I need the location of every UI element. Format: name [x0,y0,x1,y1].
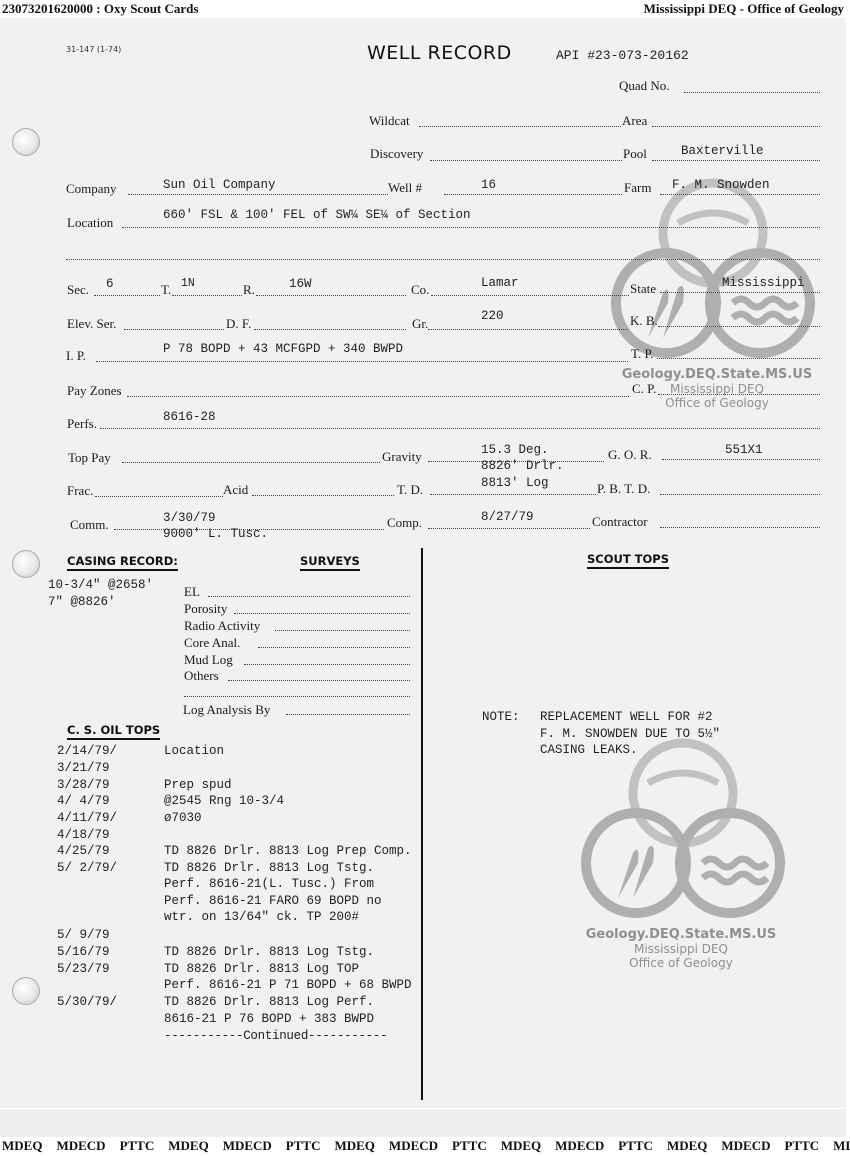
pbtd-field [660,494,820,495]
township-label: T. [161,282,171,298]
oil-top-date: 5/30/79/ [57,995,117,1009]
well-no-label: Well # [388,180,422,196]
footer-pttc: PTTC [785,1138,820,1153]
ip-field [96,361,628,362]
oil-top-text: Perf. 8616-21(L. Tusc.) From [164,877,374,891]
footer-mdeq: MDEQ [667,1138,707,1153]
watermark-text: Geology.DEQ.State.MS.US Mississippi DEQ … [576,927,786,970]
note-line: F. M. SNOWDEN DUE TO 5½" [540,727,720,741]
comp-label: Comp. [387,515,422,531]
api-number: API #23-073-20162 [556,48,689,63]
wildcat-label: Wildcat [369,113,410,129]
pool-label: Pool [623,146,647,162]
survey-others-label: Others [184,668,219,684]
survey-core-anal-label: Core Anal. [184,635,240,651]
watermark-url: Geology.DEQ.State.MS.US [612,367,822,382]
footer-mdecd: MDECD [555,1138,604,1153]
top-pay-label: Top Pay [68,450,111,466]
comp-value: 8/27/79 [481,510,534,524]
oil-top-date: 5/16/79 [57,945,110,959]
survey-mud-log-field [244,664,410,665]
oil-top-date: 5/ 9/79 [57,928,110,942]
sec-label: Sec. [67,282,89,298]
record-id-title: 23073201620000 : Oxy Scout Cards [2,1,198,17]
oil-top-date: 2/14/79/ [57,744,117,758]
surveys-heading: SURVEYS [300,554,360,571]
discovery-label: Discovery [370,146,423,162]
oil-top-text: TD 8826 Drlr. 8813 Log Perf. [164,995,374,1009]
oil-top-text: wtr. on 13/64" ck. TP 200# [164,910,359,924]
acid-field [252,495,394,496]
casing-line: 7" @8826' [48,595,116,609]
survey-radio-activity-field [275,630,410,631]
footer-mdecd: MDECD [223,1138,272,1153]
punch-hole-icon [12,550,40,578]
footer-pttc: PTTC [120,1138,155,1153]
oil-top-date: 3/28/79 [57,778,110,792]
survey-others-field [228,680,410,681]
footer-mdeq: MDEQ [168,1138,208,1153]
survey-porosity-field [234,613,410,614]
footer-pttc: PTTC [618,1138,653,1153]
survey-el-field [208,596,410,597]
survey-log-analysis-field [286,714,410,715]
footer-mdecd: MDECD [721,1138,770,1153]
td-value-drlr: 8826' Drlr. [481,459,564,473]
township-value: 1N [181,277,195,290]
oil-top-text: TD 8826 Drlr. 8813 Log Prep Comp. [164,844,412,858]
gor-field [662,459,820,460]
note-label: NOTE: [482,710,520,724]
pay-zones-field [127,396,629,397]
location-label: Location [67,215,113,231]
column-divider [421,548,423,1100]
company-field [128,194,388,195]
oil-top-text: TD 8826 Drlr. 8813 Log TOP [164,962,359,976]
oil-top-text: TD 8826 Drlr. 8813 Log Tstg. [164,945,374,959]
survey-porosity-label: Porosity [184,601,227,617]
oil-top-text: Perf. 8616-21 FARO 69 BOPD no [164,894,382,908]
gravity-value: 15.3 Deg. [481,443,549,457]
footer-mdecd: MDECD [389,1138,438,1153]
oil-top-text: Perf. 8616-21 P 71 BOPD + 68 BWPD [164,978,412,992]
td-value-log: 8813' Log [481,476,549,490]
pbtd-label: P. B. T. D. [597,481,650,497]
ip-value: P 78 BOPD + 43 MCFGPD + 340 BWPD [163,342,403,356]
oil-top-date: 4/ 4/79 [57,794,110,808]
df-field [254,329,406,330]
punch-hole-icon [12,977,40,1005]
area-label: Area [622,113,647,129]
watermark-agency: Mississippi DEQ [576,942,786,956]
comp-field [428,528,590,529]
oil-top-date: 3/21/79 [57,761,110,775]
range-label: R. [243,282,255,298]
oil-top-date: 4/18/79 [57,828,110,842]
sec-field [94,295,160,296]
contractor-label: Contractor [592,514,648,530]
footer-mdeq: MDEQ [833,1138,850,1153]
county-value: Lamar [481,276,519,290]
state-label: State [630,281,656,297]
frac-field [95,496,223,497]
survey-blank-field [184,696,410,697]
watermark-url: Geology.DEQ.State.MS.US [576,927,786,942]
note-line: REPLACEMENT WELL FOR #2 [540,710,713,724]
gr-value: 220 [481,309,504,323]
acid-label: Acid [223,482,248,498]
comm-date: 3/30/79 [163,511,216,525]
gravity-label: Gravity [382,449,422,465]
location-value: 660' FSL & 100' FEL of SW¼ SE¼ of Sectio… [163,208,471,222]
footer-pttc: PTTC [452,1138,487,1153]
company-value: Sun Oil Company [163,178,276,192]
oil-top-text: @2545 Rng 10-3/4 [164,794,284,808]
oil-top-date: 5/23/79 [57,962,110,976]
farm-value: F. M. Snowden [672,178,770,192]
oil-top-text: ø7030 [164,811,202,825]
quad-no-label: Quad No. [619,78,670,94]
pool-value: Baxterville [681,144,764,158]
page-header: 23073201620000 : Oxy Scout Cards Mississ… [0,0,850,18]
survey-radio-activity-label: Radio Activity [184,618,260,634]
company-label: Company [66,181,117,197]
township-field [172,295,242,296]
county-field [431,295,629,296]
pay-zones-label: Pay Zones [67,383,122,399]
area-field [652,126,820,127]
perfs-field [100,428,820,429]
footer-mdeq: MDEQ [2,1138,42,1153]
gor-value: 551X1 [725,443,763,457]
sec-value: 6 [106,277,114,291]
mdeq-logo-watermark-icon [578,738,788,928]
source-agency: Mississippi DEQ - Office of Geology [644,1,844,17]
gor-label: G. O. R. [608,447,652,463]
wildcat-field [419,126,621,127]
td-label: T. D. [397,482,423,498]
ip-label: I. P. [66,348,86,364]
range-field [256,295,406,296]
gr-field [428,329,628,330]
perfs-label: Perfs. [67,416,97,432]
top-pay-field [122,462,380,463]
watermark-office: Office of Geology [576,956,786,970]
comm-field [114,529,384,530]
elev-ser-label: Elev. Ser. [67,316,116,332]
mdeq-logo-watermark-icon [608,178,818,368]
document-title: WELL RECORD [367,42,512,64]
pool-field [652,160,820,161]
page-footer: MDEQMDECDPTTCMDEQMDECDPTTCMDEQMDECDPTTCM… [0,1138,850,1156]
tp-label: T. P. [631,346,654,362]
quad-no-field [684,92,820,93]
discovery-field [430,160,622,161]
cp-label: C. P. [632,381,656,397]
scout-tops-heading: SCOUT TOPS [587,552,669,569]
footer-pttc: PTTC [286,1138,321,1153]
punch-hole-icon [12,128,40,156]
note-line: CASING LEAKS. [540,743,638,757]
cp-field [658,394,820,395]
frac-label: Frac. [67,483,93,499]
form-number: 31-147 (1-74) [66,45,121,54]
state-value: Mississippi [722,276,805,290]
contractor-field [660,527,820,528]
perfs-value: 8616-28 [163,410,216,424]
state-field [660,292,820,293]
farm-label: Farm [624,180,651,196]
oil-top-text: 8616-21 P 76 BOPD + 383 BWPD [164,1012,374,1026]
range-value: 16W [289,277,312,291]
oil-top-text: Location [164,744,224,758]
footer-mdeq: MDEQ [501,1138,541,1153]
kb-field [658,326,820,327]
casing-record-heading: CASING RECORD: [67,554,178,571]
footer-mdeq: MDEQ [334,1138,374,1153]
well-no-value: 16 [481,178,496,192]
df-label: D. F. [226,316,251,332]
tp-field [657,358,820,359]
well-no-field [444,194,622,195]
gr-label: Gr. [412,316,428,332]
survey-core-anal-field [258,647,410,648]
footer-mdecd: MDECD [56,1138,105,1153]
oil-top-text: TD 8826 Drlr. 8813 Log Tstg. [164,861,374,875]
survey-el-label: EL [184,584,200,600]
card-bottom-strip [0,1108,846,1137]
kb-label: K. B. [630,313,658,329]
oil-top-date: 4/11/79/ [57,811,117,825]
casing-line: 10-3/4" @2658' [48,578,153,592]
location-field-line2 [66,259,820,260]
survey-mud-log-label: Mud Log [184,652,233,668]
oil-top-text: Prep spud [164,778,232,792]
oil-tops-heading: C. S. OIL TOPS [67,723,160,740]
farm-field [660,194,820,195]
td-field [430,494,596,495]
comm-label: Comm. [70,517,109,533]
location-field [122,227,820,228]
continued-marker: -----------Continued----------- [164,1029,387,1043]
oil-top-date: 5/ 2/79/ [57,861,117,875]
oil-top-date: 4/25/79 [57,844,110,858]
elev-ser-field [124,329,224,330]
survey-log-analysis-label: Log Analysis By [183,702,270,718]
watermark-office: Office of Geology [612,396,822,410]
county-label: Co. [411,282,429,298]
